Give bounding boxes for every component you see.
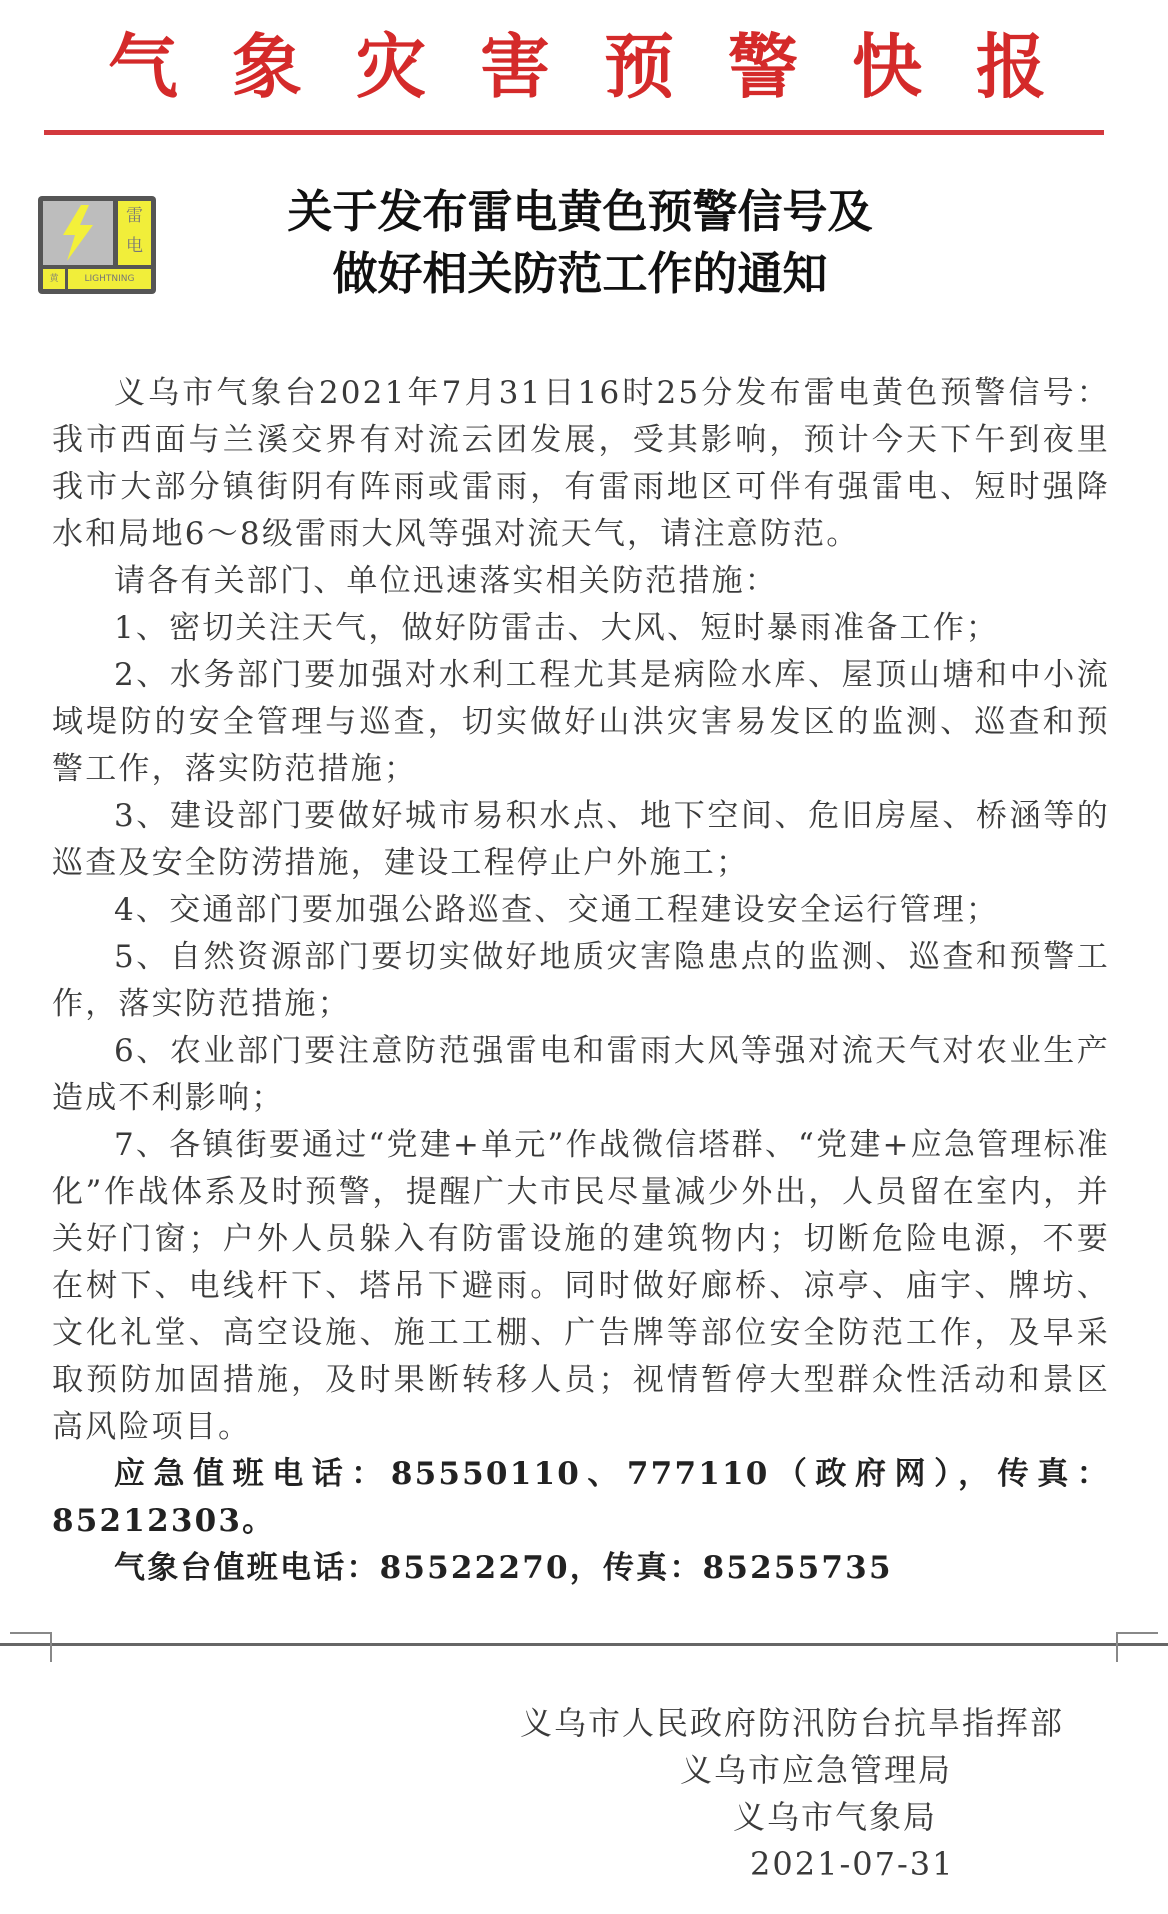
headline-line-1: 关于发布雷电黄色预警信号及 <box>150 182 1010 242</box>
warning-level-label: 黄 <box>43 269 65 289</box>
notice-body: 义乌市气象台2021年7月31日16时25分发布雷电黄色预警信号：我市西面与兰溪… <box>52 370 1110 1592</box>
weather-station-contact: 气象台值班电话：85522270，传真：85255735 <box>52 1545 1110 1592</box>
measure-item-7: 7、各镇街要通过“党建+单元”作战微信塔群、“党建+应急管理标准化”作战体系及时… <box>52 1122 1110 1451</box>
headline-line-2: 做好相关防范工作的通知 <box>150 244 1010 304</box>
warning-cn-label: 雷 电 <box>118 201 151 265</box>
body-paragraph: 义乌市气象台2021年7月31日16时25分发布雷电黄色预警信号：我市西面与兰溪… <box>52 370 1110 558</box>
body-paragraph: 请各有关部门、单位迅速落实相关防范措施： <box>52 558 1110 605</box>
page-divider <box>0 1643 1168 1646</box>
signature-date: 2021-07-31 <box>750 1841 955 1888</box>
masthead-title: 气象灾害预警快报 <box>0 22 1168 112</box>
emergency-contact: 应急值班电话：85550110、777110（政府网），传真：85212303。 <box>52 1451 1110 1545</box>
crop-mark <box>10 1632 50 1634</box>
crop-mark <box>1116 1632 1118 1662</box>
measure-item-6: 6、农业部门要注意防范强雷电和雷雨大风等强对流天气对农业生产造成不利影响； <box>52 1028 1110 1122</box>
signature-org-3: 义乌市气象局 <box>733 1794 937 1841</box>
measure-item-3: 3、建设部门要做好城市易积水点、地下空间、危旧房屋、桥涵等的巡查及安全防涝措施，… <box>52 793 1110 887</box>
lightning-yellow-warning-icon: 雷 电 黄 LIGHTNING <box>38 196 156 294</box>
signature-org-2: 义乌市应急管理局 <box>680 1747 952 1794</box>
measure-item-5: 5、自然资源部门要切实做好地质灾害隐患点的监测、巡查和预警工作，落实防范措施； <box>52 934 1110 1028</box>
red-divider <box>44 130 1104 135</box>
warning-en-label: LIGHTNING <box>68 269 151 289</box>
crop-mark <box>50 1632 52 1662</box>
measure-item-4: 4、交通部门要加强公路巡查、交通工程建设安全运行管理； <box>52 887 1110 934</box>
measure-item-2: 2、水务部门要加强对水利工程尤其是病险水库、屋顶山塘和中小流域堤防的安全管理与巡… <box>52 652 1110 793</box>
signature-org-1: 义乌市人民政府防汛防台抗旱指挥部 <box>520 1700 1064 1747</box>
measure-item-1: 1、密切关注天气，做好防雷击、大风、短时暴雨准备工作； <box>52 605 1110 652</box>
lightning-bolt-icon <box>43 201 113 265</box>
crop-mark <box>1118 1632 1158 1634</box>
